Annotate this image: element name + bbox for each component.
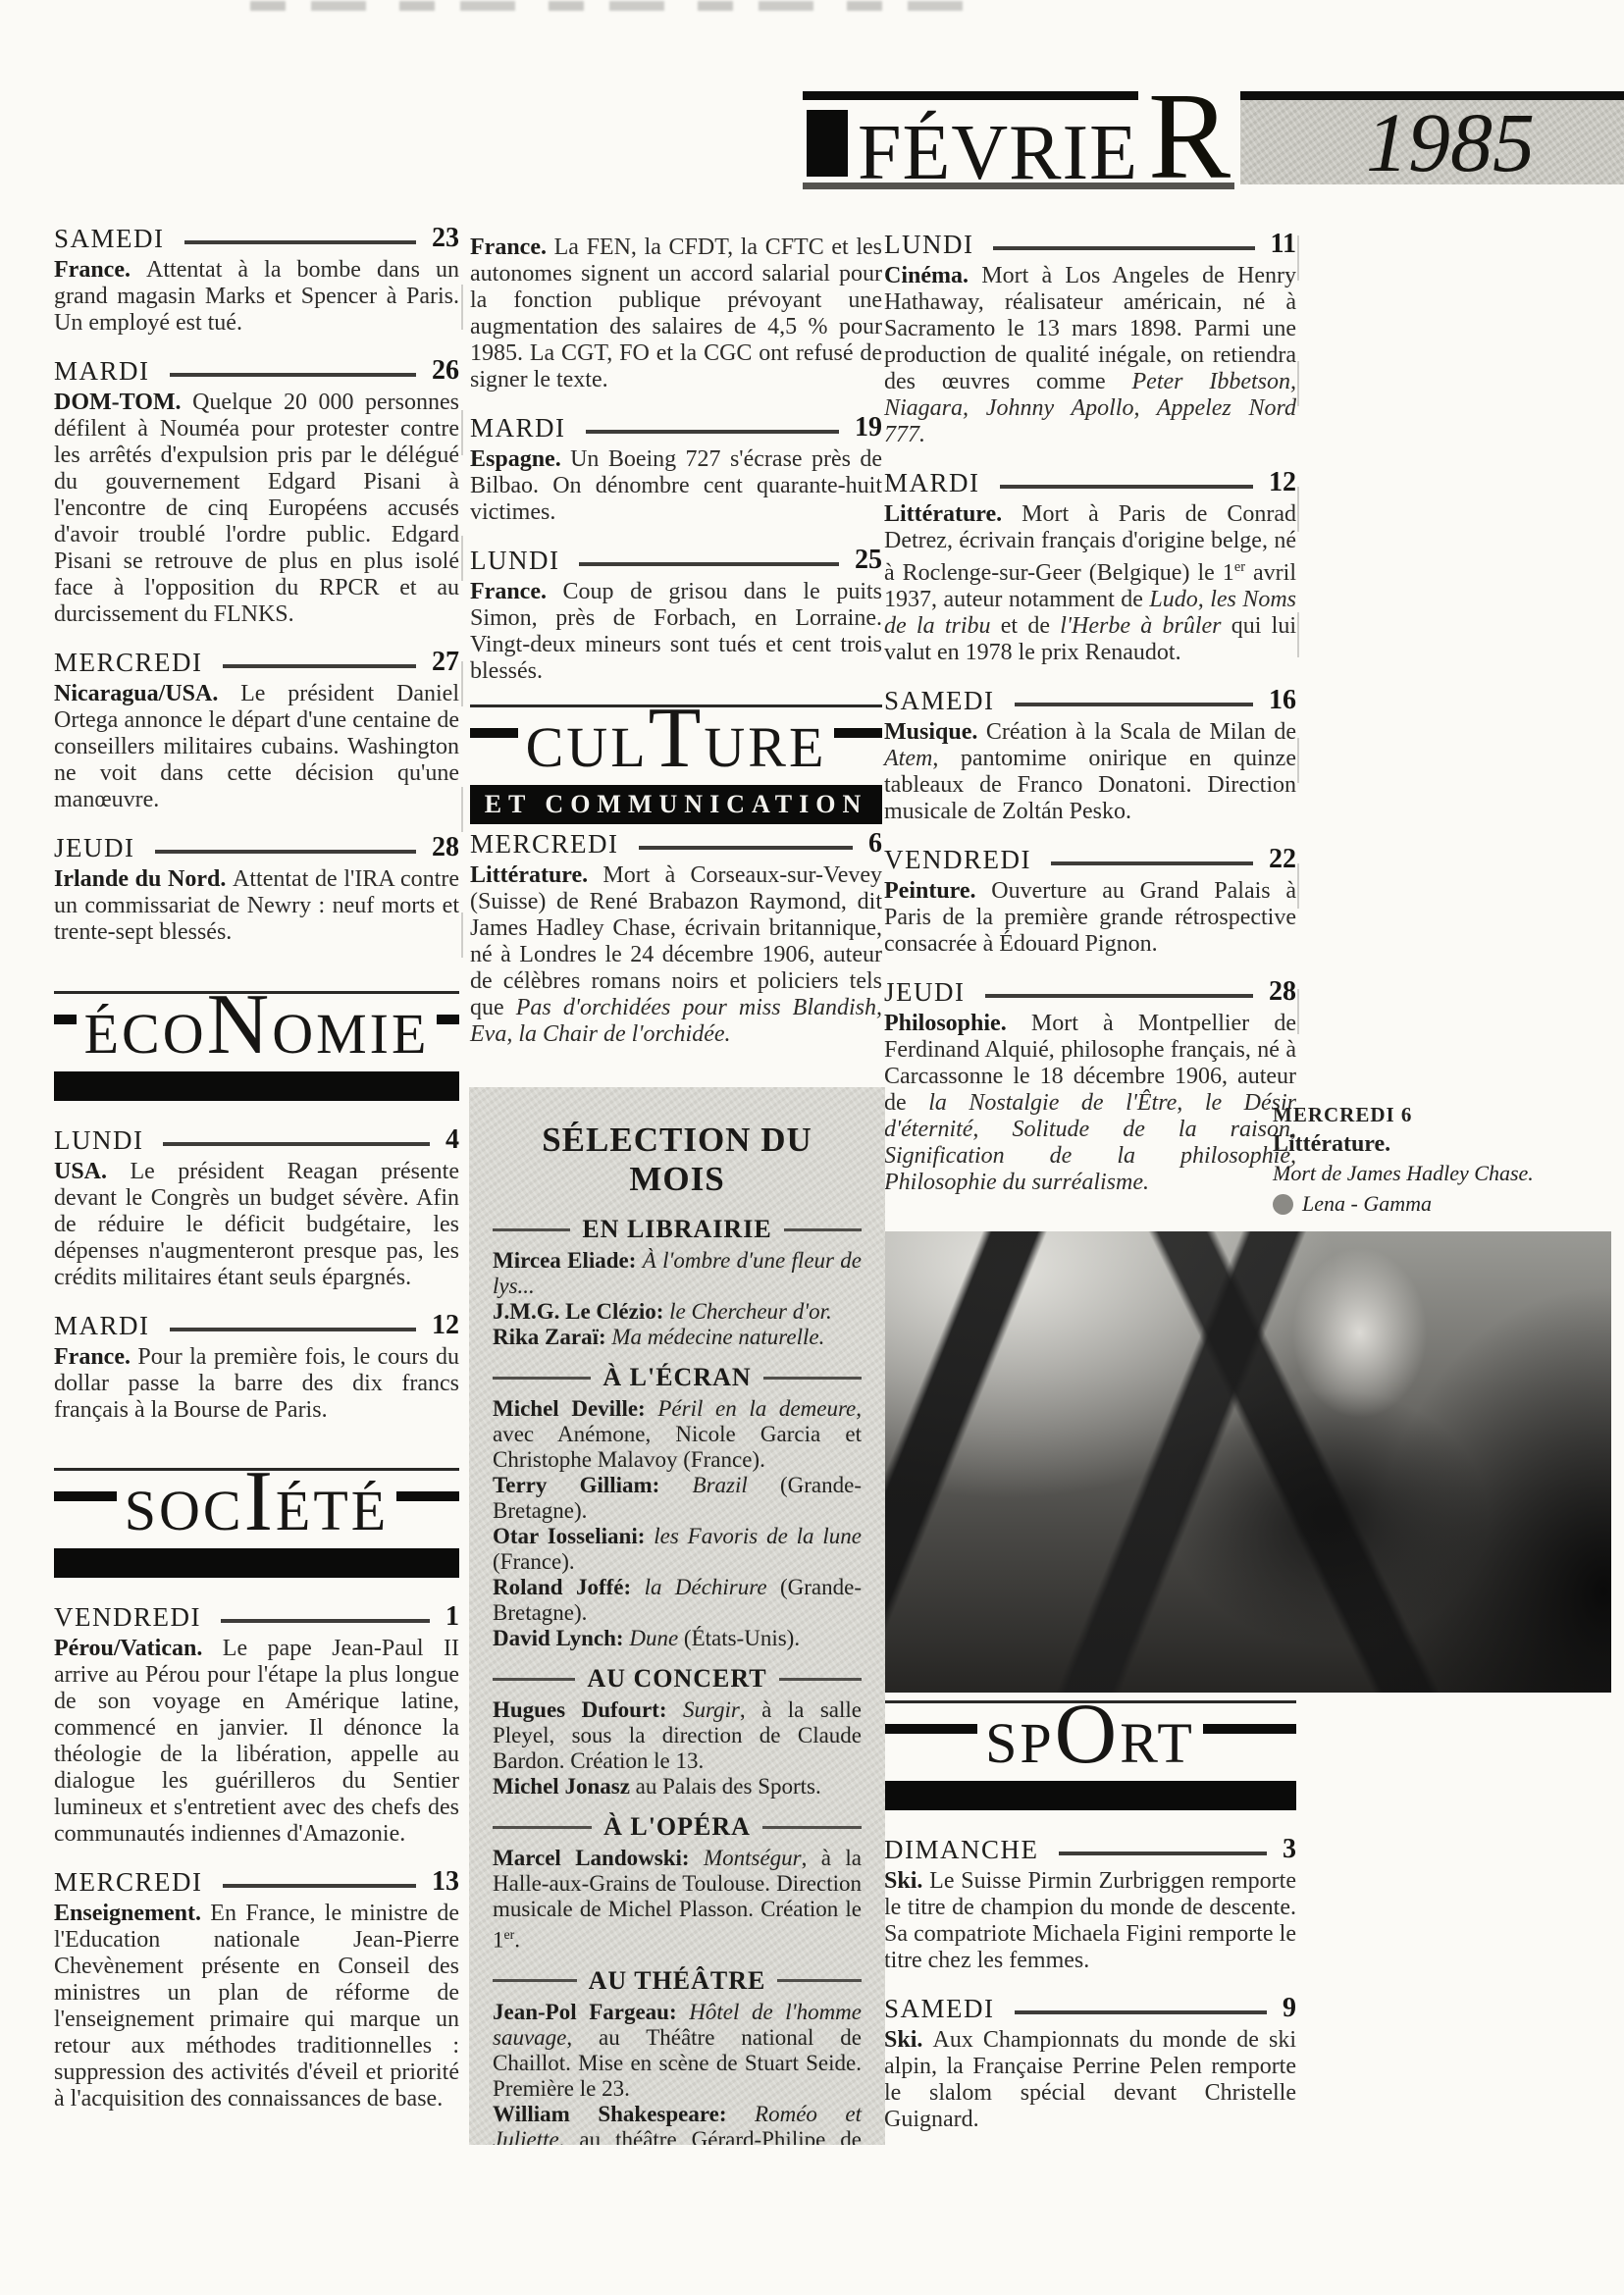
selection-item: Hugues Dufourt: Surgir, à la salle Pleye… — [493, 1697, 862, 1774]
day-name: SAMEDI — [884, 1993, 995, 2024]
section-culture: CULTURE ET COMMUNICATION — [470, 704, 882, 824]
day-name: DIMANCHE — [884, 1834, 1039, 1865]
selection-subhead-ecran: À L'ÉCRAN — [493, 1363, 862, 1392]
selection-item: Michel Deville: Péril en la demeure, ave… — [493, 1396, 862, 1473]
entry-mardi-12: MARDI12Littérature. Mort à Paris de Conr… — [884, 467, 1296, 666]
entry-body: Philosophie. Mort à Montpellier de Ferdi… — [884, 1011, 1296, 1196]
selection-item: Roland Joffé: la Déchirure (Grande-Breta… — [493, 1575, 862, 1626]
subhead-rule-left — [493, 1228, 570, 1231]
selection-item: J.M.G. Le Clézio: le Chercheur d'or. — [493, 1299, 862, 1325]
day-header: VENDREDI22 — [884, 844, 1296, 875]
selection-item: Terry Gilliam: Brazil (Grande-Bretagne). — [493, 1473, 862, 1524]
entry-body: Littérature. Mort à Corseaux-sur-Vevey (… — [470, 862, 882, 1048]
selection-items-opera: Marcel Landowski: Montségur, à la Halle-… — [493, 1846, 862, 1954]
day-header: MARDI12 — [884, 467, 1296, 498]
day-header: MARDI12 — [54, 1310, 459, 1341]
entry-body: Pérou/Vatican. Le pape Jean-Paul II arri… — [54, 1636, 459, 1848]
entry-body: France. Attentat à la bombe dans un gran… — [54, 257, 459, 337]
day-rule — [223, 1884, 416, 1888]
selection-subhead-concert: AU CONCERT — [493, 1664, 862, 1694]
day-header: SAMEDI23 — [54, 223, 459, 254]
selection-subhead-theatre: AU THÉÂTRE — [493, 1966, 862, 1996]
day-rule — [639, 846, 853, 850]
scan-artifact-strip — [250, 1, 976, 11]
caption-day: MERCREDI 6 — [1273, 1103, 1616, 1127]
day-header: JEUDI28 — [54, 832, 459, 863]
entry-mardi-19: MARDI19Espagne. Un Boeing 727 s'écrase p… — [470, 412, 882, 526]
subhead-rule-right — [762, 1826, 862, 1829]
day-name: JEUDI — [884, 976, 966, 1008]
day-name: JEUDI — [54, 832, 135, 863]
day-number: 23 — [432, 223, 459, 254]
section-bottom-bar — [54, 1548, 459, 1578]
section-title: SOCIÉTÉ — [117, 1480, 396, 1542]
day-name: MARDI — [54, 1310, 150, 1341]
day-header: LUNDI25 — [470, 545, 882, 576]
economie-entries: LUNDI4USA. Le président Reagan présente … — [54, 1124, 459, 1424]
section-title: CULTURE — [518, 716, 835, 779]
entry-body: Musique. Création à la Scala de Milan de… — [884, 719, 1296, 825]
column-3: LUNDI11Cinéma. Mort à Los Angeles de Hen… — [884, 229, 1296, 1215]
entry-body: Irlande du Nord. Attentat de l'IRA contr… — [54, 866, 459, 946]
entry-body: Nicaragua/USA. Le président Daniel Orteg… — [54, 681, 459, 813]
subhead-rule-right — [784, 1228, 862, 1231]
day-name: SAMEDI — [884, 685, 995, 716]
day-header: JEUDI28 — [884, 976, 1296, 1008]
day-number: 19 — [855, 412, 882, 443]
entry-body: Enseignement. En France, le ministre de … — [54, 1901, 459, 2112]
sport-entries: DIMANCHE3Ski. Le Suisse Pirmin Zurbrigge… — [884, 1834, 1296, 2133]
column-1-top: SAMEDI23France. Attentat à la bombe dans… — [54, 223, 459, 965]
day-number: 13 — [432, 1866, 459, 1898]
entry-mardi-26: MARDI26DOM-TOM. Quelque 20 000 personnes… — [54, 355, 459, 628]
section-title: SPORT — [977, 1712, 1203, 1775]
entry-body: France. La FEN, la CFDT, la CFTC et les … — [470, 235, 882, 393]
selection-subhead-librairie: EN LIBRAIRIE — [493, 1215, 862, 1244]
james-hadley-chase-photo — [871, 1231, 1611, 1693]
day-number: 27 — [432, 647, 459, 678]
entry-body: France. Coup de grisou dans le puits Sim… — [470, 579, 882, 685]
section-title-row: SPORT — [884, 1712, 1296, 1775]
section-bar-left — [884, 1724, 977, 1734]
entry-samedi-9: SAMEDI9Ski. Aux Championnats du monde de… — [884, 1993, 1296, 2133]
section-economie: ÉCONOMIE — [54, 991, 459, 1101]
societe-entries: VENDREDI1Pérou/Vatican. Le pape Jean-Pau… — [54, 1601, 459, 2112]
day-rule — [1059, 1852, 1268, 1855]
day-header: MERCREDI13 — [54, 1866, 459, 1898]
day-header: LUNDI11 — [884, 229, 1296, 260]
entry-mercredi-27: MERCREDI27Nicaragua/USA. Le président Da… — [54, 647, 459, 813]
subhead-rule-left — [493, 1979, 577, 1982]
selection-item: David Lynch: Dune (États-Unis). — [493, 1626, 862, 1651]
section-bottom-bar — [54, 1071, 459, 1101]
day-rule — [170, 1328, 416, 1331]
culture-entries: MERCREDI6Littérature. Mort à Corseaux-su… — [470, 828, 882, 1048]
caption-rubric: Littérature. — [1273, 1131, 1616, 1158]
section-title: ÉCONOMIE — [77, 1003, 438, 1066]
header-rule-left — [803, 91, 1138, 100]
selection-item: William Shakespeare: Roméo et Juliette, … — [493, 2102, 862, 2145]
day-header: MARDI26 — [54, 355, 459, 387]
day-name: VENDREDI — [884, 844, 1031, 875]
day-header: VENDREDI1 — [54, 1601, 459, 1633]
caption-text: Mort de James Hadley Chase. — [1273, 1161, 1616, 1186]
entry-jeudi-28: JEUDI28Philosophie. Mort à Montpellier d… — [884, 976, 1296, 1196]
selection-items-theatre: Jean-Pol Fargeau: Hôtel de l'homme sauva… — [493, 2000, 862, 2145]
day-header: MARDI19 — [470, 412, 882, 443]
month-square-bullet — [807, 110, 848, 177]
selection-items-ecran: Michel Deville: Péril en la demeure, ave… — [493, 1396, 862, 1651]
day-rule — [223, 664, 416, 668]
column-2-top-entries: France. La FEN, la CFDT, la CFTC et les … — [470, 235, 882, 685]
section-title-row: CULTURE — [470, 716, 882, 779]
column-separator-rule — [461, 285, 463, 1011]
day-rule — [1051, 861, 1253, 865]
day-header: SAMEDI16 — [884, 685, 1296, 716]
day-number: 22 — [1269, 844, 1296, 875]
section-sport: SPORT — [884, 1700, 1296, 1810]
day-rule — [170, 373, 416, 377]
section-bar-left — [54, 1491, 117, 1501]
day-number: 1 — [445, 1601, 459, 1633]
day-name: MERCREDI — [470, 828, 619, 860]
photo-caption: MERCREDI 6 Littérature. Mort de James Ha… — [1273, 1103, 1616, 1217]
day-number: 12 — [432, 1310, 459, 1341]
day-number: 26 — [432, 355, 459, 387]
selection-item: Rika Zaraï: Ma médecine naturelle. — [493, 1325, 862, 1350]
day-number: 9 — [1283, 1993, 1296, 2024]
entry-continuation: France. La FEN, la CFDT, la CFTC et les … — [470, 235, 882, 393]
day-rule — [985, 994, 1254, 998]
credit-bullet-icon — [1273, 1194, 1293, 1215]
month-title: FÉVRIE — [858, 114, 1138, 192]
day-header: SAMEDI9 — [884, 1993, 1296, 2024]
section-bottom-bar — [884, 1781, 1296, 1810]
day-number: 12 — [1269, 467, 1296, 498]
day-rule — [155, 850, 417, 854]
day-header: MERCREDI6 — [470, 828, 882, 860]
day-rule — [1015, 2010, 1267, 2014]
entry-samedi-16: SAMEDI16Musique. Création à la Scala de … — [884, 685, 1296, 825]
selection-item: Marcel Landowski: Montségur, à la Halle-… — [493, 1846, 862, 1954]
entry-vendredi-1: VENDREDI1Pérou/Vatican. Le pape Jean-Pau… — [54, 1601, 459, 1848]
selection-items-concert: Hugues Dufourt: Surgir, à la salle Pleye… — [493, 1697, 862, 1799]
month-final-letter: R — [1148, 76, 1231, 199]
subhead-rule-right — [777, 1979, 862, 1982]
section-title-row: ÉCONOMIE — [54, 1003, 459, 1066]
column-2: France. La FEN, la CFDT, la CFTC et les … — [470, 223, 882, 1067]
entry-body: France. Pour la première fois, le cours … — [54, 1344, 459, 1424]
day-name: MERCREDI — [54, 647, 203, 678]
day-name: SAMEDI — [54, 223, 165, 254]
column-separator-rule — [1297, 235, 1299, 1069]
selection-item: Otar Iosseliani: les Favoris de la lune … — [493, 1524, 862, 1575]
entry-body: Cinéma. Mort à Los Angeles de Henry Hath… — [884, 263, 1296, 448]
entry-body: Ski. Le Suisse Pirmin Zurbriggen remport… — [884, 1868, 1296, 1974]
selection-item: Jean-Pol Fargeau: Hôtel de l'homme sauva… — [493, 2000, 862, 2102]
entry-dimanche-3: DIMANCHE3Ski. Le Suisse Pirmin Zurbrigge… — [884, 1834, 1296, 1974]
year-text: 1985 — [1366, 100, 1535, 184]
selection-item: Mircea Eliade: À l'ombre d'une fleur de … — [493, 1248, 862, 1299]
subhead-rule-left — [493, 1826, 592, 1829]
column-1-societe: SOCIÉTÉ VENDREDI1Pérou/Vatican. Le pape … — [54, 1468, 459, 2131]
header-underline — [803, 183, 1234, 189]
section-societe: SOCIÉTÉ — [54, 1468, 459, 1578]
entry-lundi-11: LUNDI11Cinéma. Mort à Los Angeles de Hen… — [884, 229, 1296, 448]
subhead-rule-left — [493, 1678, 575, 1681]
day-number: 16 — [1269, 685, 1296, 716]
subhead-rule-right — [779, 1678, 862, 1681]
entry-mardi-12: MARDI12France. Pour la première fois, le… — [54, 1310, 459, 1424]
section-bar-left — [54, 1015, 77, 1024]
selection-title: SÉLECTION DU MOIS — [493, 1121, 862, 1199]
section-subtitle: ET COMMUNICATION — [485, 790, 868, 819]
day-header: MERCREDI27 — [54, 647, 459, 678]
entry-mercredi-6: MERCREDI6Littérature. Mort à Corseaux-su… — [470, 828, 882, 1048]
entry-lundi-25: LUNDI25France. Coup de grisou dans le pu… — [470, 545, 882, 685]
day-rule — [579, 562, 839, 566]
day-name: MARDI — [884, 467, 980, 498]
section-title-row: SOCIÉTÉ — [54, 1480, 459, 1542]
magazine-page: FÉVRIE R 1985 SAMEDI23France. Attentat à… — [0, 0, 1624, 2295]
year-box: 1985 — [1240, 100, 1624, 184]
day-rule — [184, 240, 416, 244]
subhead-rule-left — [493, 1377, 591, 1380]
day-name: MARDI — [470, 412, 566, 443]
day-name: VENDREDI — [54, 1601, 201, 1633]
entry-jeudi-28: JEUDI28Irlande du Nord. Attentat de l'IR… — [54, 832, 459, 946]
section-bar-right — [1203, 1724, 1296, 1734]
entry-body: Littérature. Mort à Paris de Conrad Detr… — [884, 501, 1296, 666]
day-number: 3 — [1283, 1834, 1296, 1865]
day-number: 28 — [1269, 976, 1296, 1008]
day-rule — [163, 1142, 430, 1146]
selection-item: Michel Jonasz au Palais des Sports. — [493, 1774, 862, 1799]
day-name: LUNDI — [884, 229, 973, 260]
day-number: 11 — [1271, 229, 1296, 260]
entry-body: Peinture. Ouverture au Grand Palais à Pa… — [884, 878, 1296, 958]
day-rule — [221, 1619, 430, 1623]
caption-credit: Lena - Gamma — [1273, 1191, 1616, 1217]
section-bar-right — [437, 1015, 459, 1024]
day-name: MERCREDI — [54, 1866, 203, 1898]
entry-vendredi-22: VENDREDI22Peinture. Ouverture au Grand P… — [884, 844, 1296, 958]
selection-items-librairie: Mircea Eliade: À l'ombre d'une fleur de … — [493, 1248, 862, 1350]
entry-body: Ski. Aux Championnats du monde de ski al… — [884, 2027, 1296, 2133]
day-rule — [586, 430, 839, 434]
section-bar-right — [396, 1491, 459, 1501]
section-bar-right — [834, 728, 882, 738]
column-1-economie: ÉCONOMIE LUNDI4USA. Le président Reagan … — [54, 991, 459, 1442]
day-rule — [993, 246, 1254, 250]
day-name: LUNDI — [54, 1124, 143, 1156]
day-number: 4 — [445, 1124, 459, 1156]
day-rule — [1015, 703, 1253, 706]
credit-text: Lena - Gamma — [1302, 1191, 1432, 1217]
entry-body: DOM-TOM. Quelque 20 000 personnes défile… — [54, 390, 459, 628]
entry-body: Espagne. Un Boeing 727 s'écrase près de … — [470, 446, 882, 526]
section-bar-left — [470, 728, 518, 738]
entry-body: USA. Le président Reagan présente devant… — [54, 1159, 459, 1291]
day-rule — [1000, 485, 1253, 489]
selection-du-mois-box: SÉLECTION DU MOIS EN LIBRAIRIE Mircea El… — [469, 1087, 885, 2145]
day-number: 25 — [855, 545, 882, 576]
selection-subhead-opera: À L'OPÉRA — [493, 1812, 862, 1842]
day-number: 6 — [868, 828, 882, 860]
day-name: LUNDI — [470, 545, 559, 576]
day-number: 28 — [432, 832, 459, 863]
entry-mercredi-13: MERCREDI13Enseignement. En France, le mi… — [54, 1866, 459, 2112]
column-3-sport: SPORT DIMANCHE3Ski. Le Suisse Pirmin Zur… — [884, 1700, 1296, 2152]
section-bottom-bar: ET COMMUNICATION — [470, 785, 882, 824]
day-header: DIMANCHE3 — [884, 1834, 1296, 1865]
subhead-rule-right — [763, 1377, 862, 1380]
entry-samedi-23: SAMEDI23France. Attentat à la bombe dans… — [54, 223, 459, 337]
day-name: MARDI — [54, 355, 150, 387]
day-header: LUNDI4 — [54, 1124, 459, 1156]
entry-lundi-4: LUNDI4USA. Le président Reagan présente … — [54, 1124, 459, 1291]
